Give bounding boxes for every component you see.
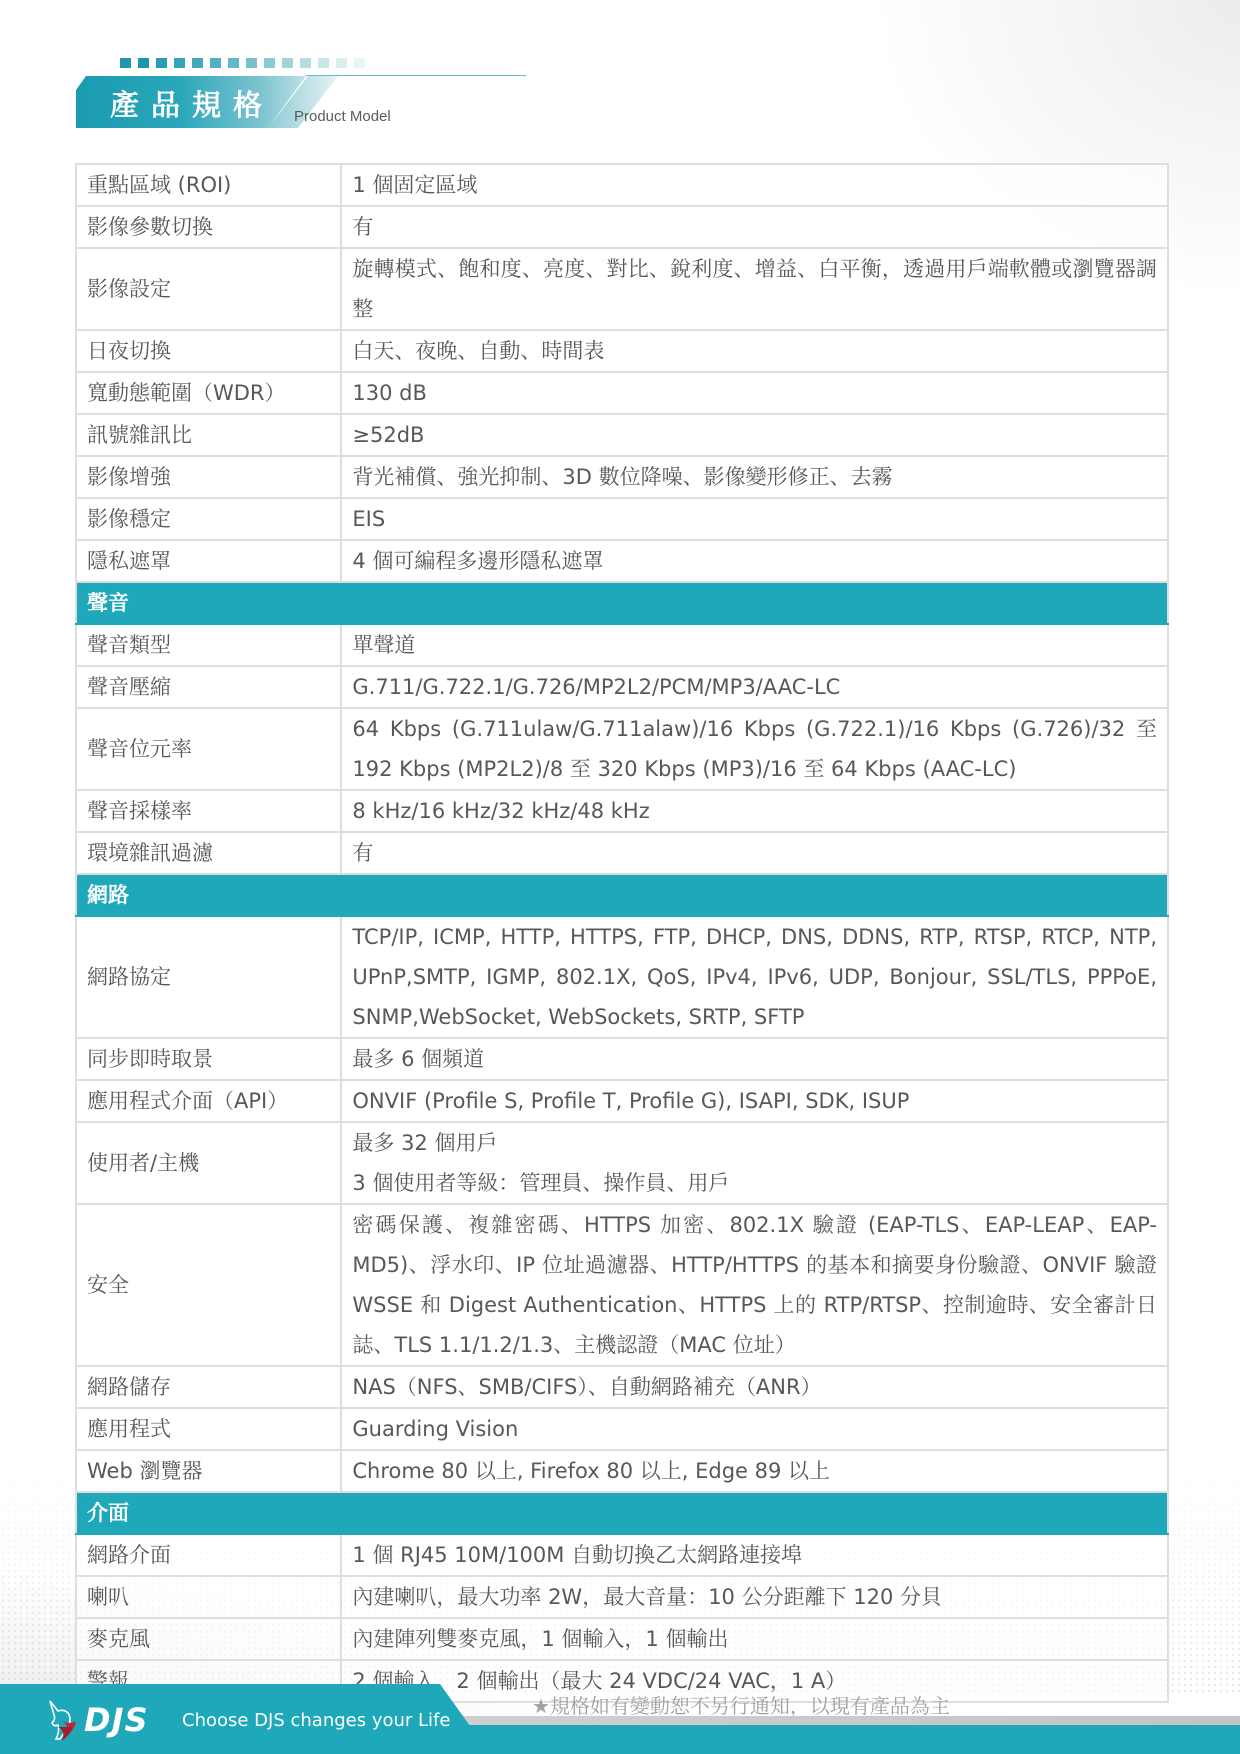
spec-label: 聲音壓縮: [76, 666, 341, 708]
decorative-dot: [228, 58, 239, 68]
spec-value: 4 個可編程多邊形隱私遮罩: [341, 540, 1168, 582]
spec-label: 訊號雜訊比: [76, 414, 341, 456]
spec-table-body: 重點區域 (ROI)1 個固定區域影像參數切換有影像設定旋轉模式、飽和度、亮度、…: [76, 164, 1168, 1702]
spec-value: ONVIF (Profile S, Profile T, Profile G),…: [341, 1080, 1168, 1122]
decorative-dot: [120, 58, 131, 68]
spec-value: 1 個 RJ45 10M/100M 自動切換乙太網路連接埠: [341, 1534, 1168, 1576]
spec-label: 寬動態範圍（WDR）: [76, 372, 341, 414]
spec-row: 麥克風內建陣列雙麥克風，1 個輸入，1 個輸出: [76, 1618, 1168, 1660]
spec-value: ≥52dB: [341, 414, 1168, 456]
spec-value: 單聲道: [341, 624, 1168, 666]
spec-value-line: 最多 6 個頻道: [352, 1039, 1157, 1079]
spec-value-line: 最多 32 個用戶: [352, 1123, 1157, 1163]
spec-label: 聲音位元率: [76, 708, 341, 790]
spec-value: 64 Kbps (G.711ulaw/G.711alaw)/16 Kbps (G…: [341, 708, 1168, 790]
spec-label: 影像設定: [76, 248, 341, 330]
spec-value-line: 64 Kbps (G.711ulaw/G.711alaw)/16 Kbps (G…: [352, 709, 1157, 789]
spec-value-line: EIS: [352, 499, 1157, 539]
decorative-dot: [246, 58, 257, 68]
spec-label: 使用者/主機: [76, 1122, 341, 1204]
spec-value: 背光補償、強光抑制、3D 數位降噪、影像變形修正、去霧: [341, 456, 1168, 498]
spec-value: Chrome 80 以上, Firefox 80 以上, Edge 89 以上: [341, 1450, 1168, 1492]
page-header: 產品規格 Product Model: [76, 56, 456, 136]
decorative-dot: [192, 58, 203, 68]
spec-value: 8 kHz/16 kHz/32 kHz/48 kHz: [341, 790, 1168, 832]
spec-value: 最多 6 個頻道: [341, 1038, 1168, 1080]
brand-name: DJS: [84, 1701, 149, 1739]
header-rule: [306, 75, 526, 76]
section-title: 網路: [76, 874, 1168, 916]
spec-value-line: ≥52dB: [352, 415, 1157, 455]
djs-logo: DJS: [40, 1695, 180, 1745]
decorative-dot: [264, 58, 275, 68]
spec-row: 聲音採樣率8 kHz/16 kHz/32 kHz/48 kHz: [76, 790, 1168, 832]
spec-label: 日夜切換: [76, 330, 341, 372]
spec-value: 130 dB: [341, 372, 1168, 414]
spec-value-line: 1 個固定區域: [352, 165, 1157, 205]
spec-row: 網路儲存NAS（NFS、SMB/CIFS）、自動網路補充（ANR）: [76, 1366, 1168, 1408]
spec-value: 旋轉模式、飽和度、亮度、對比、銳利度、增益、白平衡，透過用戶端軟體或瀏覽器調整: [341, 248, 1168, 330]
decorative-dot: [300, 58, 311, 68]
spec-row: 同步即時取景最多 6 個頻道: [76, 1038, 1168, 1080]
spec-value: 密碼保護、複雜密碼、HTTPS 加密、802.1X 驗證 (EAP-TLS、EA…: [341, 1204, 1168, 1366]
spec-label: Web 瀏覽器: [76, 1450, 341, 1492]
spec-row: 重點區域 (ROI)1 個固定區域: [76, 164, 1168, 206]
spec-value: 內建陣列雙麥克風，1 個輸入，1 個輸出: [341, 1618, 1168, 1660]
spec-value-line: 130 dB: [352, 373, 1157, 413]
spec-value-line: 有: [352, 207, 1157, 247]
spec-row: Web 瀏覽器Chrome 80 以上, Firefox 80 以上, Edge…: [76, 1450, 1168, 1492]
spec-label: 聲音採樣率: [76, 790, 341, 832]
spec-value: 有: [341, 206, 1168, 248]
spec-value-line: 內建喇叭，最大功率 2W，最大音量：10 公分距離下 120 分貝: [352, 1577, 1157, 1617]
spec-value-line: G.711/G.722.1/G.726/MP2L2/PCM/MP3/AAC-LC: [352, 667, 1157, 707]
spec-row: 隱私遮罩4 個可編程多邊形隱私遮罩: [76, 540, 1168, 582]
decorative-dot: [210, 58, 221, 68]
spec-row: 喇叭內建喇叭，最大功率 2W，最大音量：10 公分距離下 120 分貝: [76, 1576, 1168, 1618]
spec-value-line: 背光補償、強光抑制、3D 數位降噪、影像變形修正、去霧: [352, 457, 1157, 497]
spec-row: 應用程式Guarding Vision: [76, 1408, 1168, 1450]
spec-value-line: 8 kHz/16 kHz/32 kHz/48 kHz: [352, 791, 1157, 831]
spec-value: 1 個固定區域: [341, 164, 1168, 206]
spec-value: EIS: [341, 498, 1168, 540]
spec-label: 隱私遮罩: [76, 540, 341, 582]
spec-value: 最多 32 個用戶3 個使用者等級：管理員、操作員、用戶: [341, 1122, 1168, 1204]
section-title: 聲音: [76, 582, 1168, 624]
spec-label: 應用程式介面（API）: [76, 1080, 341, 1122]
spec-value-line: 有: [352, 833, 1157, 873]
spec-row: 環境雜訊過濾有: [76, 832, 1168, 874]
spec-label: 同步即時取景: [76, 1038, 341, 1080]
spec-label: 網路協定: [76, 916, 341, 1038]
spec-row: 影像穩定EIS: [76, 498, 1168, 540]
spec-value: NAS（NFS、SMB/CIFS）、自動網路補充（ANR）: [341, 1366, 1168, 1408]
spec-row: 應用程式介面（API）ONVIF (Profile S, Profile T, …: [76, 1080, 1168, 1122]
section-header-row: 聲音: [76, 582, 1168, 624]
spec-value: TCP/IP, ICMP, HTTP, HTTPS, FTP, DHCP, DN…: [341, 916, 1168, 1038]
spec-row: 影像增強背光補償、強光抑制、3D 數位降噪、影像變形修正、去霧: [76, 456, 1168, 498]
decorative-dot: [282, 58, 293, 68]
spec-value: 白天、夜晚、自動、時間表: [341, 330, 1168, 372]
spec-value-line: 密碼保護、複雜密碼、HTTPS 加密、802.1X 驗證 (EAP-TLS、EA…: [352, 1205, 1157, 1365]
spec-value-line: NAS（NFS、SMB/CIFS）、自動網路補充（ANR）: [352, 1367, 1157, 1407]
section-header-row: 介面: [76, 1492, 1168, 1534]
spec-row: 訊號雜訊比≥52dB: [76, 414, 1168, 456]
spec-row: 影像設定旋轉模式、飽和度、亮度、對比、銳利度、增益、白平衡，透過用戶端軟體或瀏覽…: [76, 248, 1168, 330]
spec-row: 影像參數切換有: [76, 206, 1168, 248]
spec-label: 麥克風: [76, 1618, 341, 1660]
spec-row: 網路協定TCP/IP, ICMP, HTTP, HTTPS, FTP, DHCP…: [76, 916, 1168, 1038]
spec-row: 聲音類型單聲道: [76, 624, 1168, 666]
spec-table: 重點區域 (ROI)1 個固定區域影像參數切換有影像設定旋轉模式、飽和度、亮度、…: [75, 163, 1169, 1703]
brand-slogan: Choose DJS changes your Life: [182, 1710, 450, 1731]
spec-label: 影像穩定: [76, 498, 341, 540]
disclaimer-note: ★規格如有變動恕不另行通知，以現有產品為主: [532, 1690, 950, 1719]
spec-label: 重點區域 (ROI): [76, 164, 341, 206]
spec-label: 安全: [76, 1204, 341, 1366]
spec-label: 網路儲存: [76, 1366, 341, 1408]
spec-label: 聲音類型: [76, 624, 341, 666]
spec-value-line: 3 個使用者等級：管理員、操作員、用戶: [352, 1163, 1157, 1203]
spec-value-line: Chrome 80 以上, Firefox 80 以上, Edge 89 以上: [352, 1451, 1157, 1491]
decorative-dot: [174, 58, 185, 68]
decorative-dot: [156, 58, 167, 68]
spec-value-line: 單聲道: [352, 625, 1157, 665]
spec-value-line: 內建陣列雙麥克風，1 個輸入，1 個輸出: [352, 1619, 1157, 1659]
spec-value-line: 4 個可編程多邊形隱私遮罩: [352, 541, 1157, 581]
page-subtitle: Product Model: [294, 108, 391, 125]
decorative-dot: [354, 58, 365, 68]
decorative-dots: [120, 58, 365, 68]
spec-label: 影像增強: [76, 456, 341, 498]
spec-row: 日夜切換白天、夜晚、自動、時間表: [76, 330, 1168, 372]
decorative-dot: [318, 58, 329, 68]
spec-value: 內建喇叭，最大功率 2W，最大音量：10 公分距離下 120 分貝: [341, 1576, 1168, 1618]
spec-value-line: ONVIF (Profile S, Profile T, Profile G),…: [352, 1081, 1157, 1121]
spec-value-line: 1 個 RJ45 10M/100M 自動切換乙太網路連接埠: [352, 1535, 1157, 1575]
spec-value-line: Guarding Vision: [352, 1409, 1157, 1449]
spec-row: 使用者/主機最多 32 個用戶3 個使用者等級：管理員、操作員、用戶: [76, 1122, 1168, 1204]
spec-row: 寬動態範圍（WDR）130 dB: [76, 372, 1168, 414]
spec-row: 聲音位元率64 Kbps (G.711ulaw/G.711alaw)/16 Kb…: [76, 708, 1168, 790]
unicorn-icon: [40, 1697, 80, 1743]
spec-label: 喇叭: [76, 1576, 341, 1618]
spec-label: 環境雜訊過濾: [76, 832, 341, 874]
decorative-dot: [336, 58, 347, 68]
spec-row: 安全密碼保護、複雜密碼、HTTPS 加密、802.1X 驗證 (EAP-TLS、…: [76, 1204, 1168, 1366]
spec-value: G.711/G.722.1/G.726/MP2L2/PCM/MP3/AAC-LC: [341, 666, 1168, 708]
spec-row: 網路介面1 個 RJ45 10M/100M 自動切換乙太網路連接埠: [76, 1534, 1168, 1576]
section-title: 介面: [76, 1492, 1168, 1534]
spec-row: 聲音壓縮G.711/G.722.1/G.726/MP2L2/PCM/MP3/AA…: [76, 666, 1168, 708]
decorative-dot: [138, 58, 149, 68]
page-title: 產品規格: [110, 83, 274, 124]
spec-value: Guarding Vision: [341, 1408, 1168, 1450]
section-header-row: 網路: [76, 874, 1168, 916]
spec-value-line: 旋轉模式、飽和度、亮度、對比、銳利度、增益、白平衡，透過用戶端軟體或瀏覽器調整: [352, 249, 1157, 329]
spec-value: 有: [341, 832, 1168, 874]
spec-label: 網路介面: [76, 1534, 341, 1576]
spec-label: 影像參數切換: [76, 206, 341, 248]
spec-value-line: 白天、夜晚、自動、時間表: [352, 331, 1157, 371]
spec-label: 應用程式: [76, 1408, 341, 1450]
spec-value-line: TCP/IP, ICMP, HTTP, HTTPS, FTP, DHCP, DN…: [352, 917, 1157, 1037]
